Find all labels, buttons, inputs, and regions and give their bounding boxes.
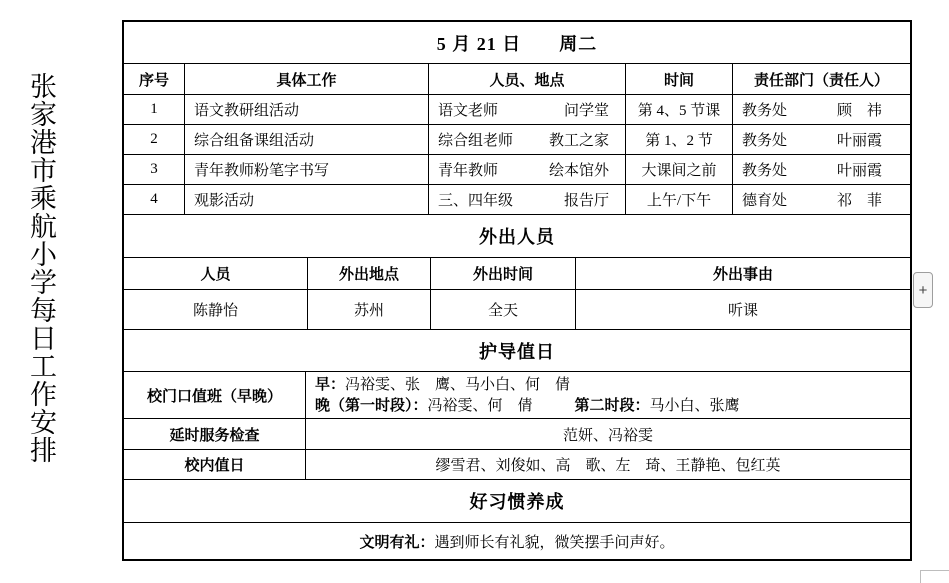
place-text: 绘本馆外: [549, 159, 609, 180]
outgoing-header-time[interactable]: 外出时间: [431, 258, 576, 289]
daily-schedule-table: 5 月 21 日 周二 序号 具体工作 人员、地点 时间 责任部门（责任人） 1…: [122, 20, 912, 561]
owner-text: 顾 祎: [837, 99, 882, 120]
delay-check-label: 延时服务检查: [169, 424, 259, 445]
task-text: 语文教研组活动: [194, 99, 299, 120]
gate-evening-line: 晚（第一时段）：冯裕雯、何 倩第二时段：马小白、张鹰: [315, 396, 910, 417]
outgoing-person: 陈静怡: [193, 299, 238, 320]
header-no[interactable]: 序号: [124, 64, 185, 94]
date-header-cell[interactable]: 5 月 21 日 周二: [124, 22, 910, 63]
task-cell[interactable]: 青年教师粉笔字书写: [185, 155, 429, 184]
gate-morning-names: 冯裕雯、张 鹰、马小白、何 倩: [345, 377, 570, 393]
campus-duty-label: 校内值日: [184, 454, 244, 475]
row-no: 2: [150, 131, 158, 148]
habit-title-row: 好习惯养成: [124, 480, 910, 523]
row-no: 3: [150, 161, 158, 178]
dept-owner-cell[interactable]: 德育处 祁 菲: [733, 185, 910, 214]
header-dept[interactable]: 责任部门（责任人）: [733, 64, 910, 94]
gate-evening-names-2: 马小白、张鹰: [650, 398, 740, 414]
gate-duty-label-cell[interactable]: 校门口值班（早晚）: [124, 372, 306, 418]
gate-duty-content: 早：冯裕雯、张 鹰、马小白、何 倩 晚（第一时段）：冯裕雯、何 倩第二时段：马小…: [306, 373, 910, 417]
row-no: 4: [150, 191, 158, 208]
owner-text: 祁 菲: [837, 189, 882, 210]
header-task-label: 具体工作: [276, 69, 336, 90]
person-place-cell[interactable]: 三、四年级 报告厅: [429, 185, 626, 214]
outgoing-time: 全天: [488, 299, 518, 320]
outgoing-data-row: 陈静怡 苏州 全天 听课: [124, 290, 910, 330]
outgoing-reason: 听课: [728, 299, 758, 320]
task-cell[interactable]: 语文教研组活动: [185, 95, 429, 124]
date-header-row: 5 月 21 日 周二: [124, 22, 910, 64]
campus-duty-label-cell[interactable]: 校内值日: [124, 450, 306, 479]
row-no-cell[interactable]: 3: [124, 155, 185, 184]
outgoing-header-person[interactable]: 人员: [124, 258, 308, 289]
time-text: 第 4、5 节课: [638, 99, 721, 120]
outgoing-title: 外出人员: [479, 223, 555, 249]
outgoing-header-time-label: 外出时间: [473, 263, 533, 284]
dept-owner-cell[interactable]: 教务处 叶丽霞: [733, 155, 910, 184]
owner-text: 叶丽霞: [837, 159, 882, 180]
owner-text: 叶丽霞: [837, 129, 882, 150]
plus-icon: +: [919, 282, 928, 299]
outgoing-title-cell[interactable]: 外出人员: [124, 215, 910, 257]
time-cell[interactable]: 上午/下午: [626, 185, 733, 214]
person-place-cell[interactable]: 语文老师 问学堂: [429, 95, 626, 124]
person-text: 语文老师: [438, 99, 498, 120]
dept-owner-cell[interactable]: 教务处 顾 祎: [733, 95, 910, 124]
person-text: 青年教师: [438, 159, 498, 180]
gate-morning-label: 早：: [315, 377, 345, 393]
document-page: 张家港市乘航小学每日工作安排 5 月 21 日 周二 序号 具体工作 人员、地点…: [0, 0, 949, 583]
campus-duty-row: 校内值日 缪雪君、刘俊如、高 歌、左 琦、王静艳、包红英: [124, 450, 910, 480]
time-text: 第 1、2 节: [645, 129, 713, 150]
dept-text: 教务处: [742, 159, 787, 180]
campus-duty-names: 缪雪君、刘俊如、高 歌、左 琦、王静艳、包红英: [435, 454, 780, 475]
header-person[interactable]: 人员、地点: [429, 64, 626, 94]
person-text: 综合组老师: [438, 129, 513, 150]
gate-duty-content-cell[interactable]: 早：冯裕雯、张 鹰、马小白、何 倩 晚（第一时段）：冯裕雯、何 倩第二时段：马小…: [306, 372, 910, 418]
time-cell[interactable]: 第 1、2 节: [626, 125, 733, 154]
dept-owner-cell[interactable]: 教务处 叶丽霞: [733, 125, 910, 154]
gate-evening-names-1: 冯裕雯、何 倩: [428, 398, 533, 414]
delay-check-names-cell[interactable]: 范妍、冯裕雯: [306, 419, 910, 449]
outgoing-person-cell[interactable]: 陈静怡: [124, 290, 308, 329]
header-dept-label: 责任部门（责任人）: [754, 69, 889, 90]
row-no: 1: [150, 101, 158, 118]
duty-title: 护导值日: [479, 338, 555, 364]
habit-content-cell[interactable]: 文明有礼：遇到师长有礼貌，微笑摆手问声好。: [124, 523, 910, 559]
outgoing-header-place[interactable]: 外出地点: [308, 258, 431, 289]
table-row: 2 综合组备课组活动 综合组老师 教工之家 第 1、2 节 教务处 叶丽霞: [124, 125, 910, 155]
campus-duty-names-cell[interactable]: 缪雪君、刘俊如、高 歌、左 琦、王静艳、包红英: [306, 450, 910, 479]
partial-corner-widget[interactable]: [920, 570, 949, 583]
outgoing-place-cell[interactable]: 苏州: [308, 290, 431, 329]
task-cell[interactable]: 观影活动: [185, 185, 429, 214]
gate-duty-row: 校门口值班（早晚） 早：冯裕雯、张 鹰、马小白、何 倩 晚（第一时段）：冯裕雯、…: [124, 372, 910, 419]
gate-evening-label-1: 晚（第一时段）：: [315, 398, 428, 414]
task-text: 观影活动: [194, 189, 254, 210]
duty-title-row: 护导值日: [124, 330, 910, 372]
gate-duty-label: 校门口值班（早晚）: [147, 385, 282, 406]
gate-evening-label-2: 第二时段：: [575, 398, 650, 414]
time-text: 上午/下午: [647, 189, 711, 210]
person-place-cell[interactable]: 综合组老师 教工之家: [429, 125, 626, 154]
delay-check-names: 范妍、冯裕雯: [563, 424, 653, 445]
outgoing-header-place-label: 外出地点: [339, 263, 399, 284]
outgoing-title-row: 外出人员: [124, 215, 910, 258]
row-no-cell[interactable]: 1: [124, 95, 185, 124]
table-row: 1 语文教研组活动 语文老师 问学堂 第 4、5 节课 教务处 顾 祎: [124, 95, 910, 125]
dept-text: 教务处: [742, 99, 787, 120]
delay-check-label-cell[interactable]: 延时服务检查: [124, 419, 306, 449]
outgoing-header-person-label: 人员: [200, 263, 230, 284]
person-place-cell[interactable]: 青年教师 绘本馆外: [429, 155, 626, 184]
header-time-label: 时间: [664, 69, 694, 90]
table-row: 3 青年教师粉笔字书写 青年教师 绘本馆外 大课间之前 教务处 叶丽霞: [124, 155, 910, 185]
row-no-cell[interactable]: 2: [124, 125, 185, 154]
outgoing-header-reason[interactable]: 外出事由: [576, 258, 910, 289]
table-row: 4 观影活动 三、四年级 报告厅 上午/下午 德育处 祁 菲: [124, 185, 910, 215]
document-vertical-title[interactable]: 张家港市乘航小学每日工作安排: [22, 72, 60, 492]
header-task[interactable]: 具体工作: [185, 64, 429, 94]
header-person-label: 人员、地点: [489, 69, 564, 90]
place-text: 报告厅: [564, 189, 609, 210]
time-text: 大课间之前: [641, 159, 716, 180]
outgoing-header-row: 人员 外出地点 外出时间 外出事由: [124, 258, 910, 290]
header-time[interactable]: 时间: [626, 64, 733, 94]
habit-content-row: 文明有礼：遇到师长有礼貌，微笑摆手问声好。: [124, 523, 910, 559]
delay-check-row: 延时服务检查 范妍、冯裕雯: [124, 419, 910, 450]
habit-item-text: 遇到师长有礼貌，微笑摆手问声好。: [435, 531, 675, 552]
time-cell[interactable]: 大课间之前: [626, 155, 733, 184]
person-text: 三、四年级: [438, 189, 513, 210]
date-text: 5 月 21 日 周二: [437, 30, 598, 56]
outgoing-place: 苏州: [354, 299, 384, 320]
task-cell[interactable]: 综合组备课组活动: [185, 125, 429, 154]
dept-text: 教务处: [742, 129, 787, 150]
duty-title-cell[interactable]: 护导值日: [124, 330, 910, 371]
dept-text: 德育处: [742, 189, 787, 210]
header-no-label: 序号: [139, 69, 169, 90]
outgoing-header-reason-label: 外出事由: [713, 263, 773, 284]
habit-title-cell[interactable]: 好习惯养成: [124, 480, 910, 522]
time-cell[interactable]: 第 4、5 节课: [626, 95, 733, 124]
task-text: 综合组备课组活动: [194, 129, 314, 150]
insert-row-plus-button[interactable]: +: [913, 272, 933, 308]
main-header-row: 序号 具体工作 人员、地点 时间 责任部门（责任人）: [124, 64, 910, 95]
row-no-cell[interactable]: 4: [124, 185, 185, 214]
task-text: 青年教师粉笔字书写: [194, 159, 329, 180]
outgoing-reason-cell[interactable]: 听课: [576, 290, 910, 329]
place-text: 教工之家: [549, 129, 609, 150]
outgoing-time-cell[interactable]: 全天: [431, 290, 576, 329]
gate-morning-line: 早：冯裕雯、张 鹰、马小白、何 倩: [315, 375, 910, 396]
habit-item-label: 文明有礼：: [359, 531, 434, 552]
place-text: 问学堂: [564, 99, 609, 120]
habit-title: 好习惯养成: [470, 488, 565, 514]
